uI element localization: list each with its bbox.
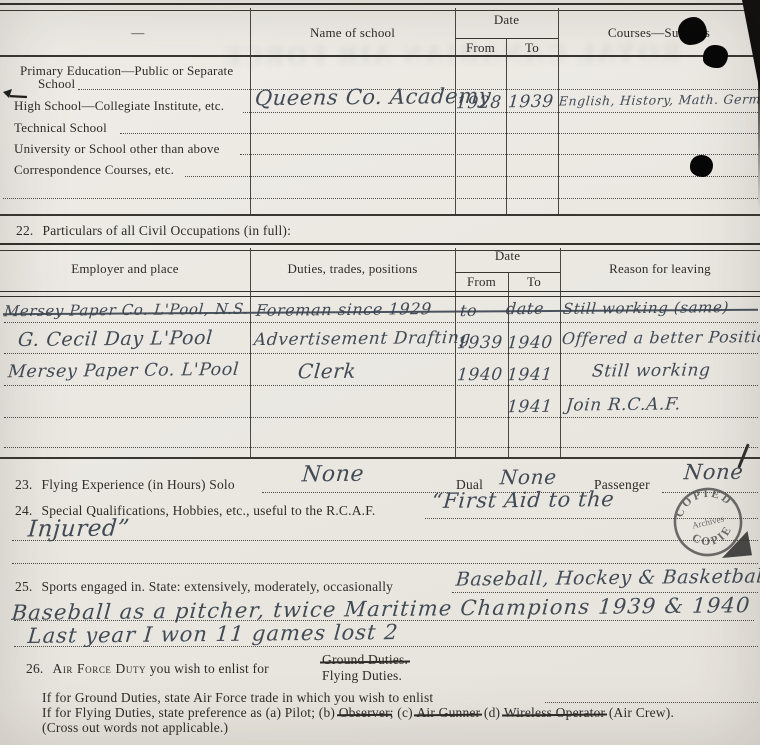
solo-entry: None [301, 462, 365, 488]
education-row-label2: School [38, 77, 75, 91]
section-number: 22. [16, 223, 33, 238]
scanned-form-page: ROYAL CANADIAN AIR FORCE — Name of schoo… [0, 0, 760, 745]
employer-entry: G. Cecil Day L'Pool [17, 327, 214, 351]
education-date-header: Date [455, 13, 558, 27]
date-subheader-rule [455, 272, 560, 273]
to-entry: 1941 [506, 365, 553, 385]
table-divider [506, 38, 507, 214]
dotted-line [240, 154, 758, 155]
stamp-middle-text: Archives [691, 513, 725, 530]
dotted-line [4, 447, 758, 448]
dotted-line [3, 198, 758, 199]
table-top-rule [0, 243, 760, 251]
school-courses-entry: English, History, Math. German, Chem.+P [558, 90, 760, 108]
occupations-duties-header: Duties, trades, positions [252, 262, 453, 276]
occupations-reason-header: Reason for leaving [562, 262, 758, 276]
dotted-line [4, 417, 758, 418]
section-25-label: 25.Sports engaged in. State: extensively… [15, 580, 393, 594]
sports-entry-line3: Last year I won 11 games lost 2 [27, 620, 400, 648]
qualifications-entry-line2: Injured” [27, 515, 131, 542]
to-entry: 1941 [506, 397, 553, 417]
dotted-line [14, 646, 758, 647]
reason-entry: Offered a better Position [561, 327, 760, 348]
dotted-line [4, 353, 758, 354]
education-col1-header: — [88, 26, 188, 40]
ground-duties-instruction: If for Ground Duties, state Air Force tr… [42, 691, 433, 705]
to-entry: 1940 [506, 333, 553, 353]
school-to-entry: 1939 [507, 92, 554, 112]
stamp-top-text: COPIED [669, 482, 737, 522]
table-bottom-rule [0, 457, 760, 459]
duties-entry: Advertisement Drafting [253, 328, 472, 350]
table-top-rule [0, 3, 760, 11]
dual-entry: None [499, 465, 558, 490]
ground-duties-option: Ground Duties. [322, 653, 408, 667]
dotted-line [4, 385, 758, 386]
education-school-header: Name of school [252, 26, 453, 40]
table-bottom-rule [0, 214, 760, 216]
air-force-duty-label: Air Force Duty [52, 661, 146, 676]
dotted-line [120, 133, 758, 134]
reason-entry: Join R.C.A.F. [565, 394, 682, 415]
date-subheader-rule [455, 38, 558, 39]
reason-entry: Still working [591, 360, 711, 381]
dotted-line [4, 322, 758, 323]
education-row-label: Technical School [14, 121, 107, 135]
employer-entry: Mersey Paper Co. L'Pool, N.S. [3, 300, 249, 321]
section-23-label: 23.Flying Experience (in Hours) Solo [15, 478, 235, 492]
school-from-entry: 1928 [455, 93, 502, 113]
ink-blot [703, 45, 728, 68]
reason-entry: Still working (same) [562, 298, 729, 318]
flying-duties-option: Flying Duties. [322, 669, 402, 683]
sports-entry-line1: Baseball, Hockey & Basketball [455, 565, 760, 590]
to-entry: date [505, 299, 545, 318]
education-from-header: From [455, 41, 506, 55]
dotted-line [12, 563, 758, 564]
ink-blot [678, 17, 707, 45]
dotted-line [545, 702, 758, 703]
from-entry: 1940 [456, 365, 503, 385]
flying-duties-instruction: If for Flying Duties, state preference a… [42, 706, 674, 720]
qualifications-entry-line1: “First Aid to the [431, 487, 615, 513]
occupations-from-header: From [455, 275, 508, 289]
svg-text:COPIED: COPIED [669, 482, 737, 522]
education-to-header: To [506, 41, 558, 55]
employer-entry: Mersey Paper Co. L'Pool [7, 360, 240, 382]
education-row-label: University or School other than above [14, 142, 220, 156]
air-gunner-crossed-out: Air Gunner [416, 706, 480, 720]
occupations-employer-header: Employer and place [0, 262, 250, 276]
section-26-label: 26.Air Force Duty you wish to enlist for [26, 662, 269, 676]
ink-blot [690, 155, 713, 177]
margin-arrow-mark [1, 89, 35, 103]
from-entry: 1939 [456, 333, 503, 353]
table-divider [250, 8, 251, 214]
table-divider [558, 8, 559, 214]
cross-out-note: (Cross out words not applicable.) [42, 721, 228, 735]
occupations-to-header: To [508, 275, 560, 289]
dotted-line [12, 540, 758, 541]
duties-entry: Clerk [297, 359, 357, 384]
dotted-line [185, 176, 758, 177]
header-bottom-rule [0, 291, 760, 297]
dotted-line [262, 492, 450, 493]
header-bottom-rule [0, 55, 760, 57]
observer-crossed-out: Observer [339, 706, 390, 720]
education-row-label: Correspondence Courses, etc. [14, 163, 174, 177]
wireless-operator-crossed-out: Wireless Operator [504, 706, 605, 720]
education-row-label: High School—Collegiate Institute, etc. [14, 99, 224, 113]
section-22-title: 22.Particulars of all Civil Occupations … [16, 224, 291, 238]
duties-entry: Foreman since 1929 [255, 299, 432, 320]
occupations-date-header: Date [455, 249, 560, 263]
education-courses-header: Courses—Subjects [560, 26, 758, 40]
